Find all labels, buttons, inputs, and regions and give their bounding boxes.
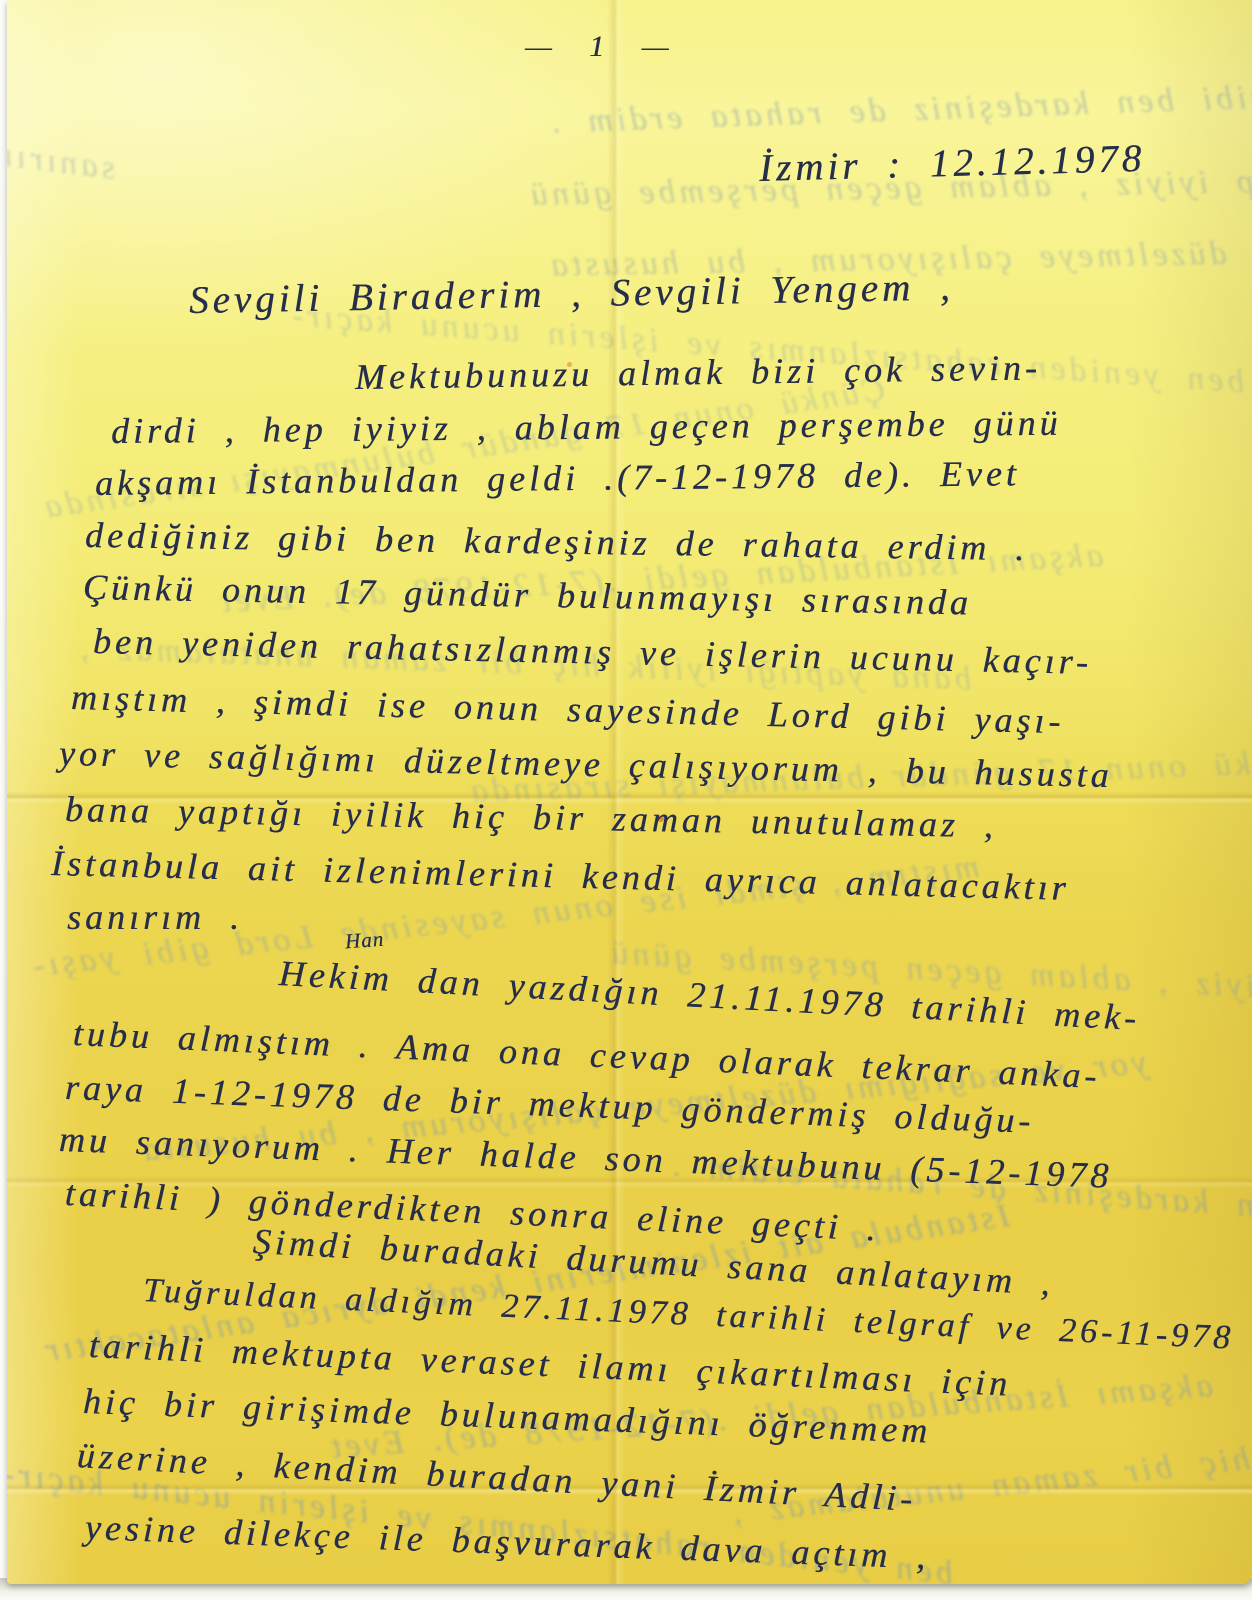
handwritten-line: yor ve sağlığımı düzeltmeye çalışıyorum … xyxy=(59,732,1114,796)
handwritten-line: mıştım , şimdi ise onun sayesinde Lord g… xyxy=(70,676,1064,742)
handwritten-line: akşamı İstanbuldan geldi .(7-12-1978 de)… xyxy=(95,452,1020,504)
dateline: İzmir : 12.12.1978 xyxy=(758,136,1145,191)
handwritten-line: ben yeniden rahatsızlanmış ve işlerin uc… xyxy=(93,620,1093,683)
handwritten-line: sanırım . xyxy=(67,896,243,938)
handwritten-line: Mektubunuzu almak bizi çok sevin- xyxy=(355,346,1041,398)
handwritten-line: üzerine , kendim buradan yani İzmir Adli… xyxy=(76,1434,917,1520)
ghost-line: dediğiniz gibi ben kardeşiniz de rahata … xyxy=(547,72,1252,142)
handwritten-line: dediğiniz gibi ben kardeşiniz de rahata … xyxy=(85,514,1029,569)
inserted-word-han: Han xyxy=(344,927,385,955)
salutation: Sevgili Biraderim , Sevgili Yengem , xyxy=(189,265,954,323)
page-number: — 1 — xyxy=(525,30,677,64)
handwritten-line: dirdi , hep iyiyiz , ablam geçen perşemb… xyxy=(111,402,1062,452)
handwritten-line: Çünkü onun 17 gündür bulunmayışı sırasın… xyxy=(83,566,973,624)
letter-scan: dediğiniz gibi ben kardeşiniz de rahata … xyxy=(0,0,1252,1600)
ghost-line: sanırım . xyxy=(7,130,118,188)
handwritten-line: yesine dilekçe ile başvurarak dava açtım… xyxy=(84,1506,930,1577)
handwritten-line: bana yaptığı iyilik hiç bir zaman unutul… xyxy=(65,788,998,846)
letter-paper: dediğiniz gibi ben kardeşiniz de rahata … xyxy=(7,0,1252,1584)
